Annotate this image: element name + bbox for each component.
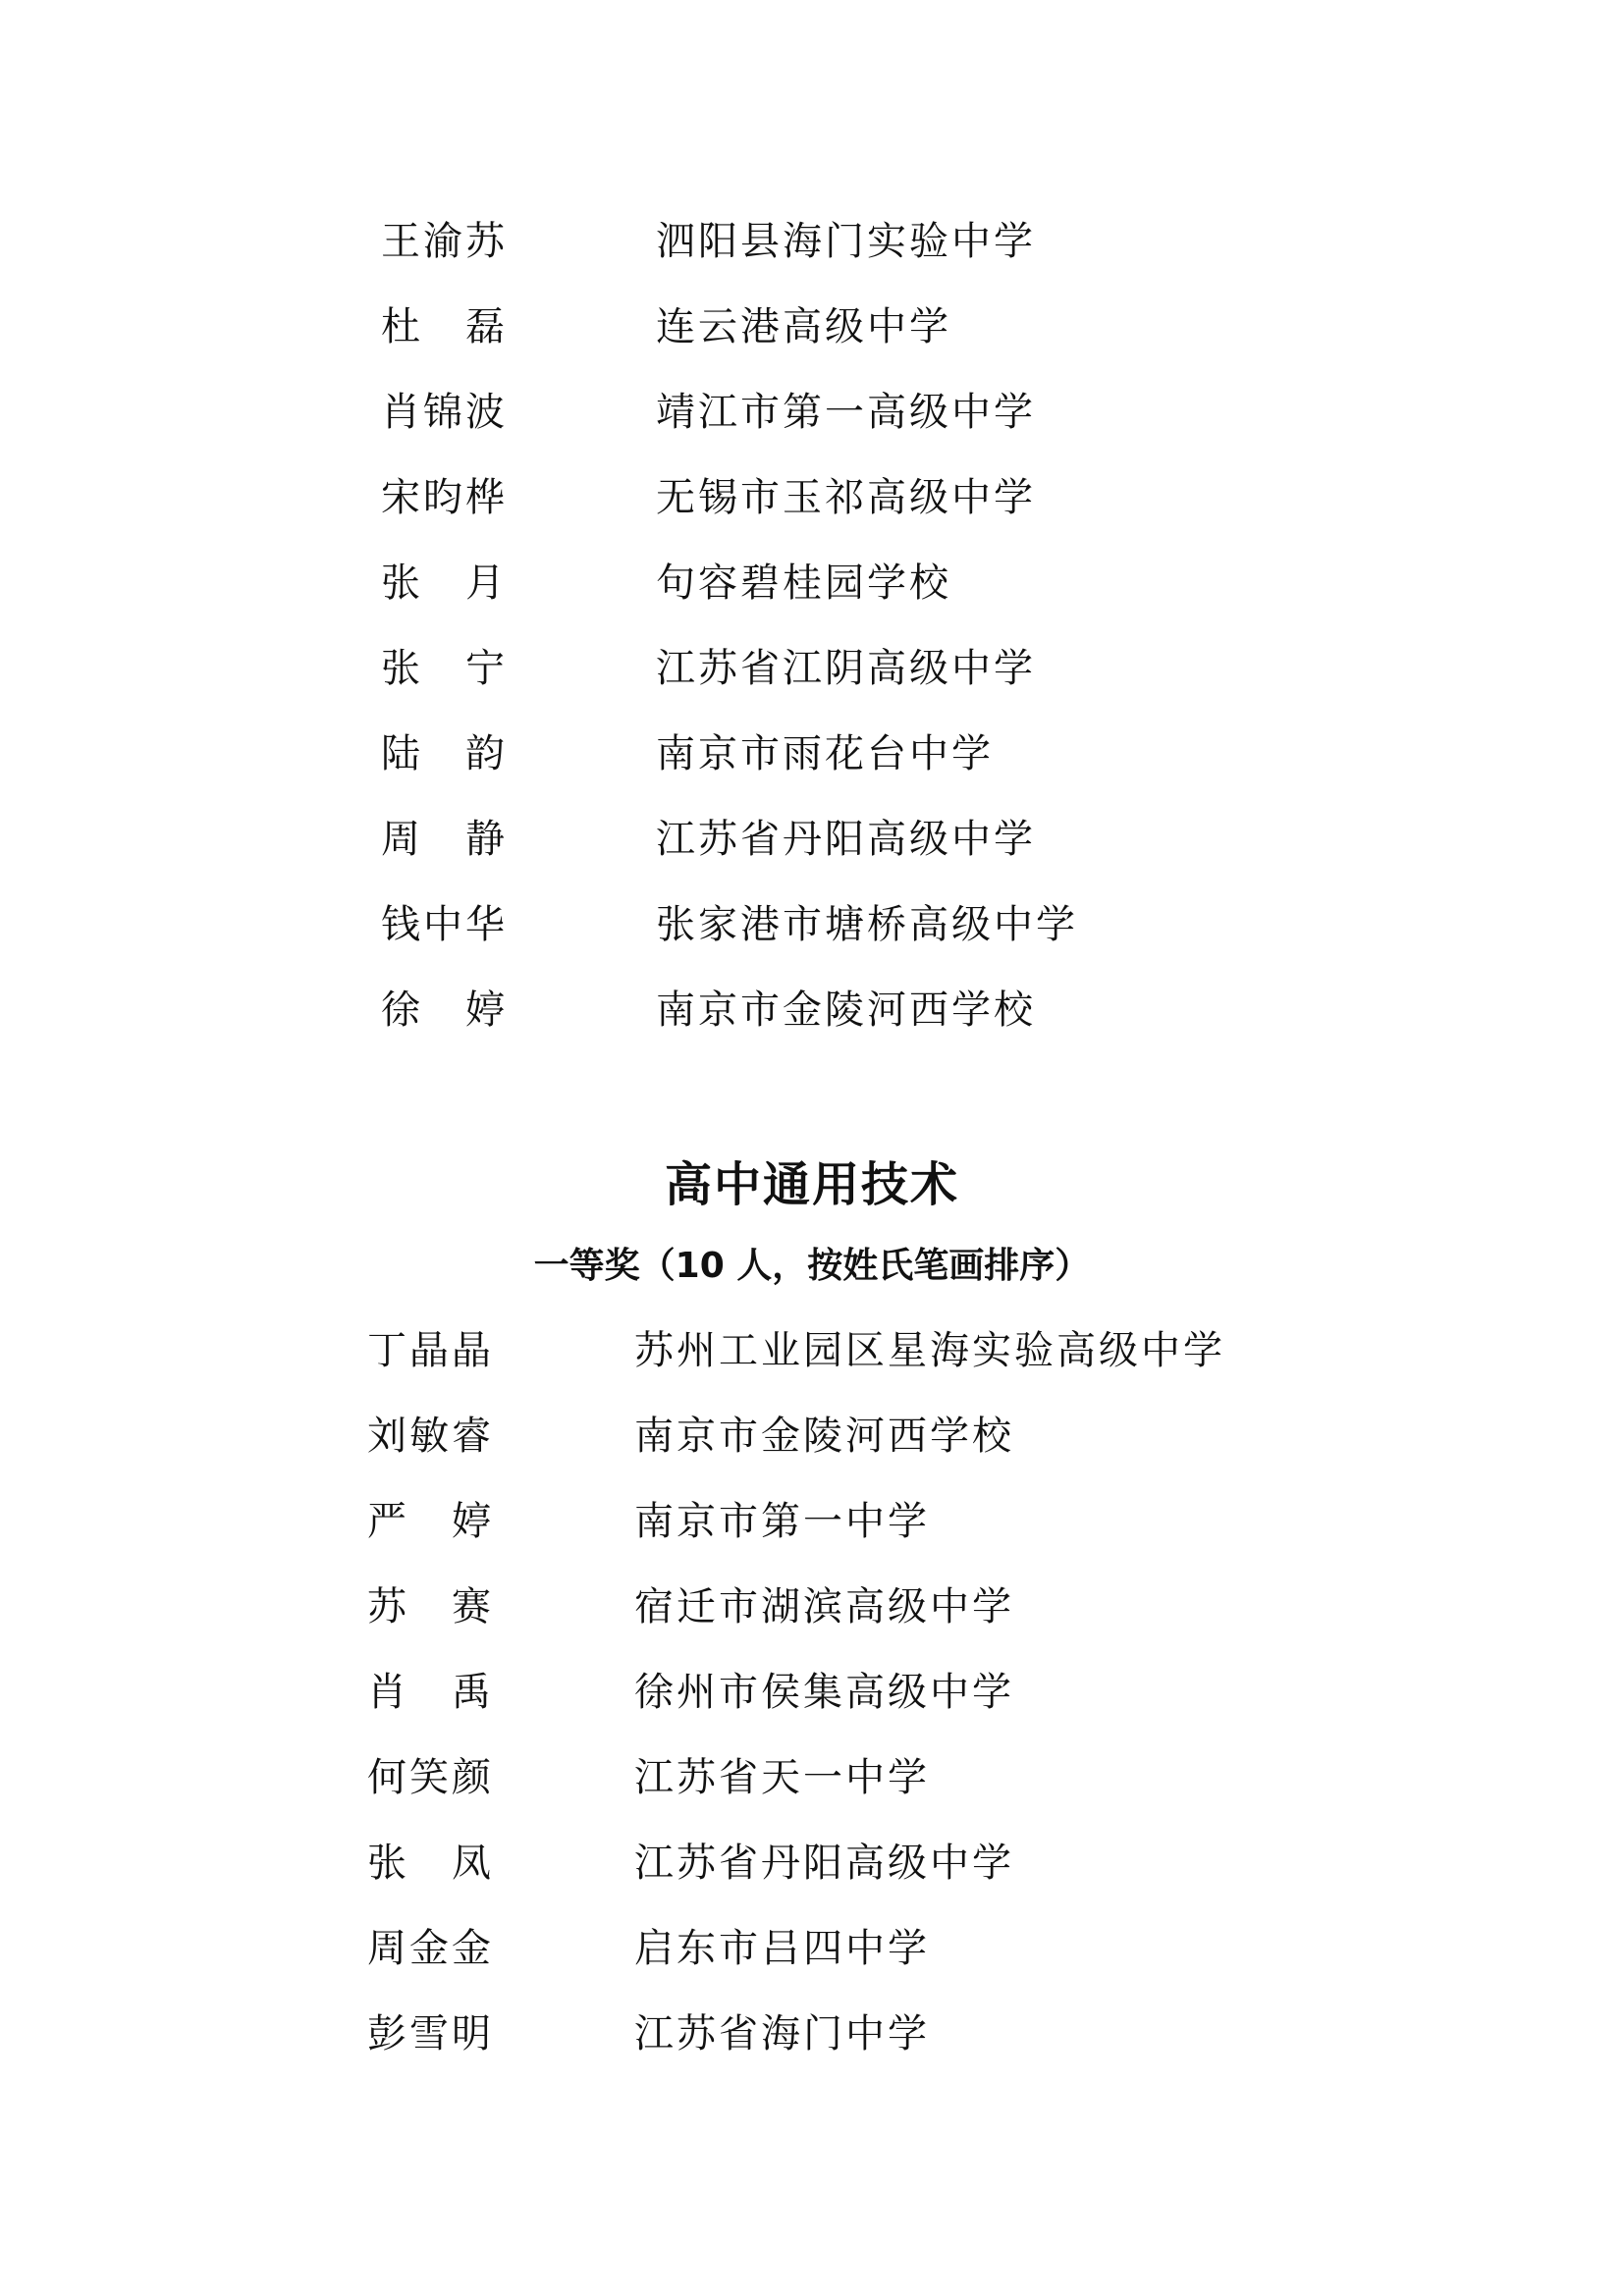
school-name: 南京市金陵河西学校 [656, 981, 1036, 1040]
school-name: 南京市金陵河西学校 [634, 1407, 1014, 1466]
school-name: 南京市雨花台中学 [656, 724, 994, 783]
school-name: 南京市第一中学 [634, 1492, 930, 1551]
school-name: 张家港市塘桥高级中学 [656, 895, 1078, 954]
winner-name: 钱中华 [381, 895, 508, 954]
school-name: 江苏省天一中学 [634, 1748, 930, 1807]
winner-name: 肖 禹 [367, 1663, 494, 1722]
school-name: 江苏省丹阳高级中学 [656, 810, 1036, 869]
school-name: 徐州市侯集高级中学 [634, 1663, 1014, 1722]
winner-name: 苏 赛 [367, 1577, 494, 1636]
winner-name: 周金金 [367, 1919, 494, 1978]
winner-name: 丁晶晶 [367, 1321, 494, 1380]
winner-name: 肖锦波 [381, 383, 508, 442]
winner-name: 周 静 [381, 810, 508, 869]
school-name: 苏州工业园区星海实验高级中学 [634, 1321, 1225, 1380]
winner-name: 彭雪明 [367, 2004, 494, 2063]
winner-name: 张 宁 [381, 639, 508, 698]
winner-name: 宋昀桦 [381, 468, 508, 527]
school-name: 句容碧桂园学校 [656, 554, 951, 613]
winner-name: 严 婷 [367, 1492, 494, 1551]
school-name: 泗阳县海门实验中学 [656, 212, 1036, 271]
school-name: 无锡市玉祁高级中学 [656, 468, 1036, 527]
winner-name: 陆 韵 [381, 724, 508, 783]
section-subtitle: 一等奖（10 人，按姓氏笔画排序） [0, 1239, 1624, 1294]
winner-name: 王渝苏 [381, 212, 508, 271]
school-name: 靖江市第一高级中学 [656, 383, 1036, 442]
school-name: 江苏省海门中学 [634, 2004, 930, 2063]
school-name: 宿迁市湖滨高级中学 [634, 1577, 1014, 1636]
school-name: 江苏省江阴高级中学 [656, 639, 1036, 698]
winner-name: 刘敏睿 [367, 1407, 494, 1466]
winner-name: 杜 磊 [381, 297, 508, 356]
winner-name: 张 月 [381, 554, 508, 613]
school-name: 启东市吕四中学 [634, 1919, 930, 1978]
winner-name: 徐 婷 [381, 981, 508, 1040]
winner-name: 何笑颜 [367, 1748, 494, 1807]
school-name: 江苏省丹阳高级中学 [634, 1834, 1014, 1893]
school-name: 连云港高级中学 [656, 297, 951, 356]
winner-name: 张 凤 [367, 1834, 494, 1893]
section-title: 高中通用技术 [0, 1150, 1624, 1219]
